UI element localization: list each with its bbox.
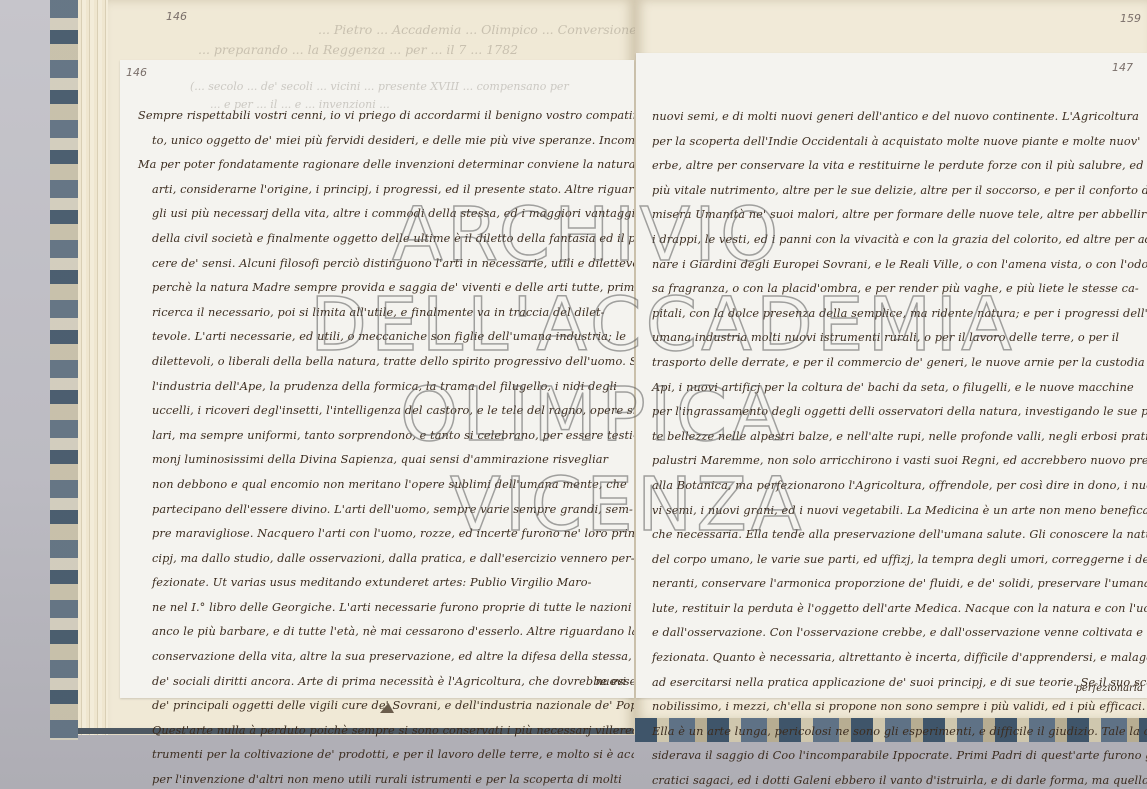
text-line: dilettevoli, o liberali della bella natu… [120,350,634,375]
text-line: misera Umanità ne' suoi malori, altre pe… [636,203,1147,228]
text-line: e dall'osservazione. Con l'osservazione … [636,621,1147,646]
text-line: lute, restituir la perduta è l'oggetto d… [636,597,1147,622]
bleed-through-heading-2: ... preparando ... la Reggenza ... per .… [198,42,518,57]
catchword-left: nuovi [595,675,626,688]
text-line: cere de' sensi. Alcuni filosofi perciò d… [120,252,634,277]
text-line: cipj, ma dallo studio, dalle osservazion… [120,547,634,572]
marbled-cover-left [50,0,78,740]
left-text-block: Sempre rispettabili vostri cenni, io vi … [120,104,634,789]
text-line: trumenti per la coltivazione de' prodott… [120,743,634,768]
text-line: i drappi, le vesti, ed i panni con la vi… [636,228,1147,253]
text-line: to, unico oggetto de' miei più fervidi d… [120,129,634,154]
text-line: Ella è un arte lunga, pericolosi ne sono… [636,720,1147,745]
text-line: trasporto delle derrate, e per il commer… [636,351,1147,376]
folio-number-left: 146 [126,66,147,79]
text-line: fezionate. Ut varias usus meditando extu… [120,571,634,596]
text-line: fezionata. Quanto è necessaria, altretta… [636,646,1147,671]
text-line: vi semi, i nuovi grani, ed i nuovi veget… [636,499,1147,524]
text-line: per la scoperta dell'Indie Occidentali à… [636,130,1147,155]
text-line: pitali, con la dolce presenza della semp… [636,302,1147,327]
bleed-through-sheet-1: (... secolo ... de' secoli ... vicini ..… [190,80,569,93]
text-line: nuovi semi, e di molti nuovi generi dell… [636,105,1147,130]
text-line: Quest'arte nulla à perduto poichè sempre… [120,719,634,744]
text-line: pre maravigliose. Nacquero l'arti con l'… [120,522,634,547]
text-line: palustri Maremme, non solo arricchirono … [636,449,1147,474]
left-manuscript-page: 146 (... secolo ... de' secoli ... vicin… [120,60,634,698]
text-line: gli usi più necessarj della vita, altre … [120,202,634,227]
text-line: arti, considerarne l'origine, i principj… [120,178,634,203]
text-line: ad esercitarsi nella pratica applicazion… [636,671,1147,696]
text-line: per l'ingrassamento degli oggetti delli … [636,400,1147,425]
folio-number-right: 147 [1112,61,1133,74]
text-line: Api, i nuovi artificj per la coltura de'… [636,376,1147,401]
text-line: nare i Giardini degli Europei Sovrani, e… [636,253,1147,278]
text-line: sa fragranza, o con la placid'ombra, e p… [636,277,1147,302]
folio-number-left-old: 146 [166,10,187,23]
text-line: de' sociali diritti ancora. Arte di prim… [120,670,634,695]
text-line: della civil società e finalmente oggetto… [120,227,634,252]
text-line: lari, ma sempre uniformi, tanto sorprend… [120,424,634,449]
catchword-right: perfezionarla [1075,683,1143,694]
text-line: tevole. L'arti necessarie, ed utili, o m… [120,325,634,350]
text-line: umana industria molti nuovi istrumenti r… [636,326,1147,351]
text-line: monj luminosissimi della Divina Sapienza… [120,448,634,473]
text-line: uccelli, i ricoveri degl'insetti, l'inte… [120,399,634,424]
text-line: alla Botanica, ma perfezionarono l'Agric… [636,474,1147,499]
text-line: conservazione della vita, altre la sua p… [120,645,634,670]
text-line: nobilissimo, i mezzi, ch'ella si propone… [636,695,1147,720]
text-line: Sempre rispettabili vostri cenni, io vi … [120,104,634,129]
text-line: ricerca il necessario, poi si limita all… [120,301,634,326]
text-line: partecipano dell'essere divino. L'arti d… [120,498,634,523]
text-line: perchè la natura Madre sempre provida e … [120,276,634,301]
text-line: più vitale nutrimento, altre per le sue … [636,179,1147,204]
text-line: erbe, altre per conservare la vita e res… [636,154,1147,179]
text-line: non debbono e qual encomio non meritano … [120,473,634,498]
text-line: ne nel I.° libro delle Georgiche. L'arti… [120,596,634,621]
text-line: che necessaria. Ella tende alla preserva… [636,523,1147,548]
text-line: cratici sagaci, ed i dotti Galeni ebbero… [636,769,1147,789]
text-line: te bellezze nelle alpestri balze, e nell… [636,425,1147,450]
folio-number-right-old: 159 [1120,12,1141,25]
text-line: de' principali oggetti delle vigili cure… [120,694,634,719]
text-line: siderava il saggio di Coo l'incomparabil… [636,744,1147,769]
text-line: Ma per poter fondatamente ragionare dell… [120,153,634,178]
text-line: anco le più barbare, e di tutte l'età, n… [120,620,634,645]
right-manuscript-page: 147 nuovi semi, e di molti nuovi generi … [636,53,1147,698]
text-line: per l'invenzione d'altri non meno utili … [120,768,634,789]
text-line: neranti, conservare l'armonica proporzio… [636,572,1147,597]
text-line: del corpo umano, le varie sue parti, ed … [636,548,1147,573]
right-text-block: nuovi semi, e di molti nuovi generi dell… [636,105,1147,789]
text-line: l'industria dell'Ape, la prudenza della … [120,375,634,400]
